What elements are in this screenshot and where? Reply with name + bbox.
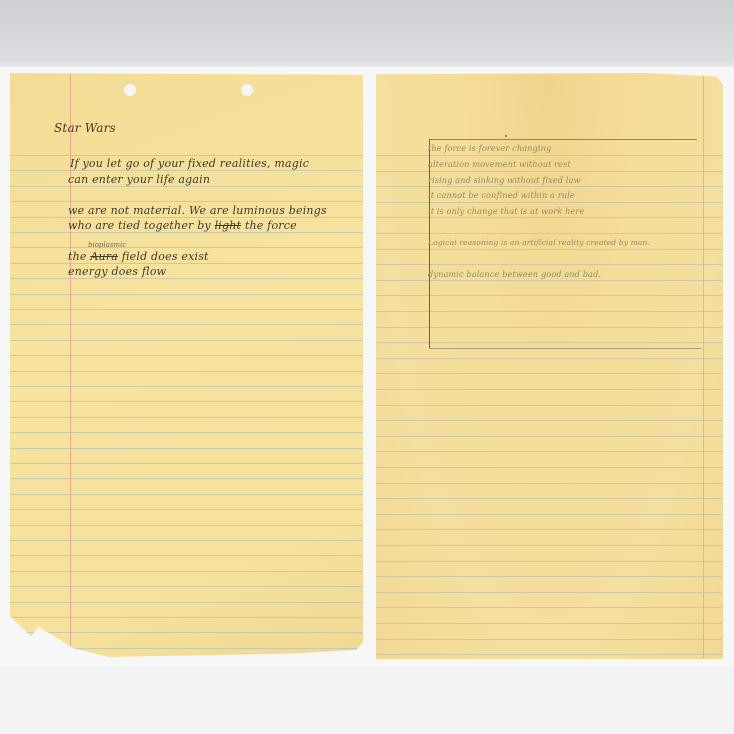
handwritten-line: the Aura field does exist — [68, 250, 209, 263]
ruled-line — [376, 529, 723, 530]
handwritten-line: If you let go of your fixed realities, m… — [70, 157, 309, 170]
ruled-line — [376, 561, 723, 562]
ruled-line — [10, 340, 363, 341]
ruled-line — [10, 602, 363, 603]
ruled-line — [10, 355, 363, 356]
line-text: the force — [245, 219, 297, 232]
ruled-line — [10, 170, 363, 171]
ruled-line — [10, 278, 363, 279]
ruled-line — [376, 483, 723, 484]
ruled-line — [376, 358, 723, 359]
ruled-line — [376, 607, 723, 608]
ruled-line — [10, 617, 363, 618]
line-text: who are tied together by — [68, 219, 211, 232]
ruled-line — [376, 498, 723, 499]
ruled-line — [376, 623, 723, 624]
handwritten-line: who are tied together by light the force — [68, 219, 297, 232]
pencil-line: the force is forever changing — [428, 143, 551, 153]
ruled-line — [10, 309, 363, 310]
page-title: Star Wars — [54, 121, 116, 135]
ruled-line — [10, 509, 363, 510]
ruled-line — [376, 545, 723, 546]
ruled-line — [10, 571, 363, 572]
ruled-line — [10, 232, 363, 233]
ruled-line — [376, 639, 723, 640]
ruled-line — [10, 401, 363, 402]
ruled-line — [10, 478, 363, 479]
punch-hole — [241, 84, 253, 96]
pencil-box-bottom — [429, 348, 701, 349]
ruled-line — [10, 432, 363, 433]
ruled-line — [10, 448, 363, 449]
ruled-line — [10, 632, 363, 633]
ruled-line — [376, 389, 723, 390]
pencil-line: rising and sinking without fixed law — [428, 175, 581, 185]
pencil-line: Logical reasoning is an artificial reali… — [428, 238, 650, 247]
ruled-line — [376, 405, 723, 406]
ruled-line — [10, 247, 363, 248]
handwritten-line: can enter your life again — [68, 173, 210, 186]
pencil-line: it cannot be confined within a rule — [428, 190, 575, 200]
ruled-line — [10, 201, 363, 202]
ruled-line — [10, 324, 363, 325]
ruled-line — [376, 654, 723, 655]
ruled-line — [10, 525, 363, 526]
ruled-line — [376, 592, 723, 593]
handwritten-line: energy does flow — [68, 265, 166, 278]
ruled-line — [10, 555, 363, 556]
ruled-line — [376, 420, 723, 421]
pencil-box-top — [429, 139, 697, 140]
line-text: the — [68, 250, 87, 263]
ruled-line — [10, 417, 363, 418]
ruled-line — [376, 514, 723, 515]
right-manuscript-page: the force is forever changing alteration… — [376, 73, 723, 659]
struck-word: light — [215, 219, 242, 232]
ruled-line — [376, 373, 723, 374]
struck-word: Aura — [90, 250, 118, 263]
ruled-line — [10, 494, 363, 495]
margin-line — [703, 73, 704, 659]
pencil-line: alteration movement without rest — [428, 159, 571, 169]
ruled-line — [376, 467, 723, 468]
ruled-line — [376, 576, 723, 577]
ruled-line — [10, 463, 363, 464]
pencil-line: dynamic balance between good and bad. — [428, 269, 601, 279]
ruled-line — [376, 451, 723, 452]
line-text: field does exist — [122, 250, 209, 263]
punch-hole — [124, 84, 136, 96]
pencil-line: it is only change that is at work here — [428, 206, 584, 216]
left-manuscript-page: Star Wars If you let go of your fixed re… — [10, 73, 363, 657]
ruled-line — [10, 386, 363, 387]
ruled-line — [10, 371, 363, 372]
pencil-dot — [505, 135, 507, 137]
ruled-line — [10, 586, 363, 587]
ruled-line — [10, 294, 363, 295]
ruled-line — [376, 436, 723, 437]
ruled-line — [10, 155, 363, 156]
ruled-line — [10, 540, 363, 541]
inserted-word: bioplasmic — [88, 241, 126, 249]
handwritten-line: we are not material. We are luminous bei… — [68, 204, 327, 217]
